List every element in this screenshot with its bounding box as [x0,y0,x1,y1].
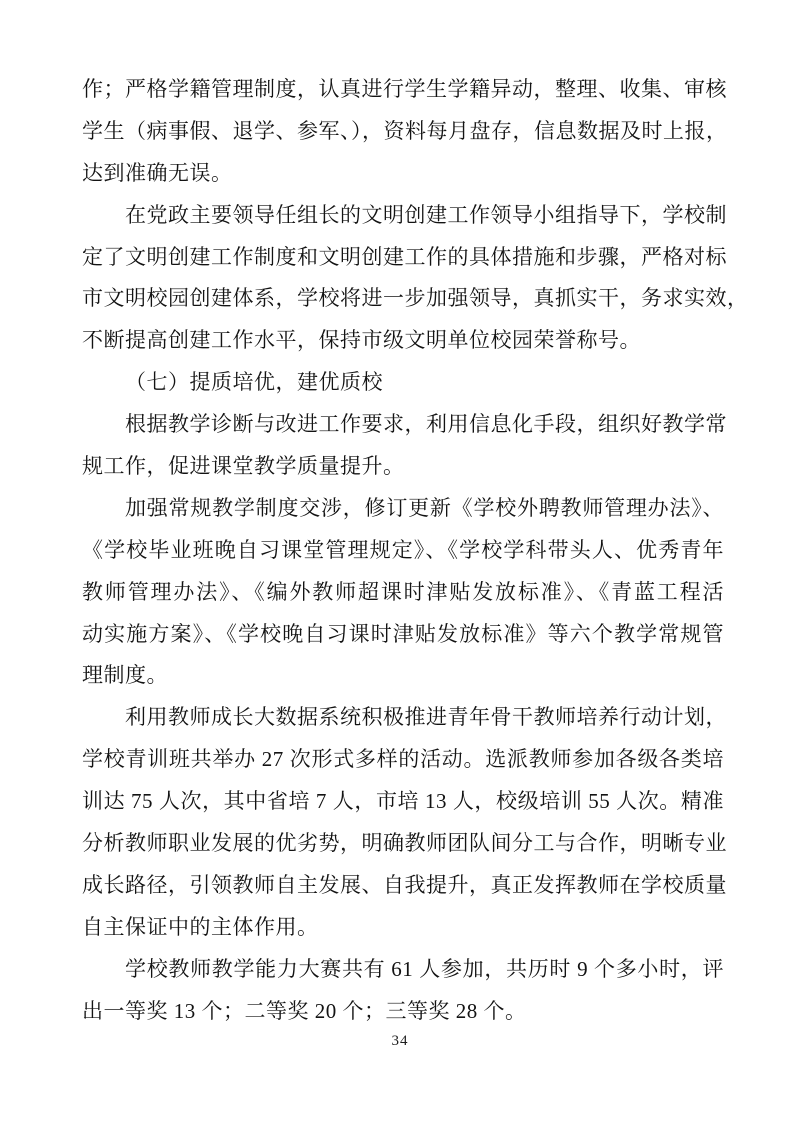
text-line: 自主保证中的主体作用。 [82,907,724,949]
text-line: 学校教师教学能力大赛共有 61 人参加，共历时 9 个多小时，评 [82,949,724,991]
text-line: 理制度。 [82,655,724,697]
text-line: 分析教师职业发展的优劣势，明确教师团队间分工与合作，明晰专业 [82,823,724,865]
text-line: 学校青训班共举办 27 次形式多样的活动。选派教师参加各级各类培 [82,739,724,781]
text-line: 在党政主要领导任组长的文明创建工作领导小组指导下，学校制 [82,195,724,237]
text-line: 出一等奖 13 个；二等奖 20 个；三等奖 28 个。 [82,991,724,1033]
text-line: 定了文明创建工作制度和文明创建工作的具体措施和步骤，严格对标 [82,237,724,279]
text-line: 利用教师成长大数据系统积极推进青年骨干教师培养行动计划， [82,697,724,739]
text-line: 成长路径，引领教师自主发展、自我提升，真正发挥教师在学校质量 [82,865,724,907]
heading-line: （七）提质培优，建优质校 [82,362,724,404]
text-line: 根据教学诊断与改进工作要求，利用信息化手段，组织好教学常 [82,404,724,446]
text-line: 学生（病事假、退学、参军、），资料每月盘存，信息数据及时上报， [82,111,724,153]
text-line: 市文明校园创建体系，学校将进一步加强领导，真抓实干，务求实效， [82,278,724,320]
text-line: 达到准确无误。 [82,153,724,195]
text-line: 作；严格学籍管理制度，认真进行学生学籍异动，整理、收集、审核 [82,69,724,111]
text-line: 《学校毕业班晚自习课堂管理规定》、《学校学科带头人、优秀青年 [82,530,724,572]
text-line: 训达 75 人次，其中省培 7 人，市培 13 人，校级培训 55 人次。精准 [82,781,724,823]
text-line: 动实施方案》、《学校晚自习课时津贴发放标准》等六个教学常规管 [82,614,724,656]
page-footer: 34 [0,1032,800,1050]
document-page: 作；严格学籍管理制度，认真进行学生学籍异动，整理、收集、审核学生（病事假、退学、… [0,0,800,1131]
text-line: 不断提高创建工作水平，保持市级文明单位校园荣誉称号。 [82,320,724,362]
text-line: 加强常规教学制度交涉，修订更新《学校外聘教师管理办法》、 [82,488,724,530]
text-line: 教师管理办法》、《编外教师超课时津贴发放标准》、《青蓝工程活 [82,572,724,614]
page-number: 34 [392,1033,409,1049]
text-line: 规工作，促进课堂教学质量提升。 [82,446,724,488]
page-body: 作；严格学籍管理制度，认真进行学生学籍异动，整理、收集、审核学生（病事假、退学、… [82,69,724,1032]
